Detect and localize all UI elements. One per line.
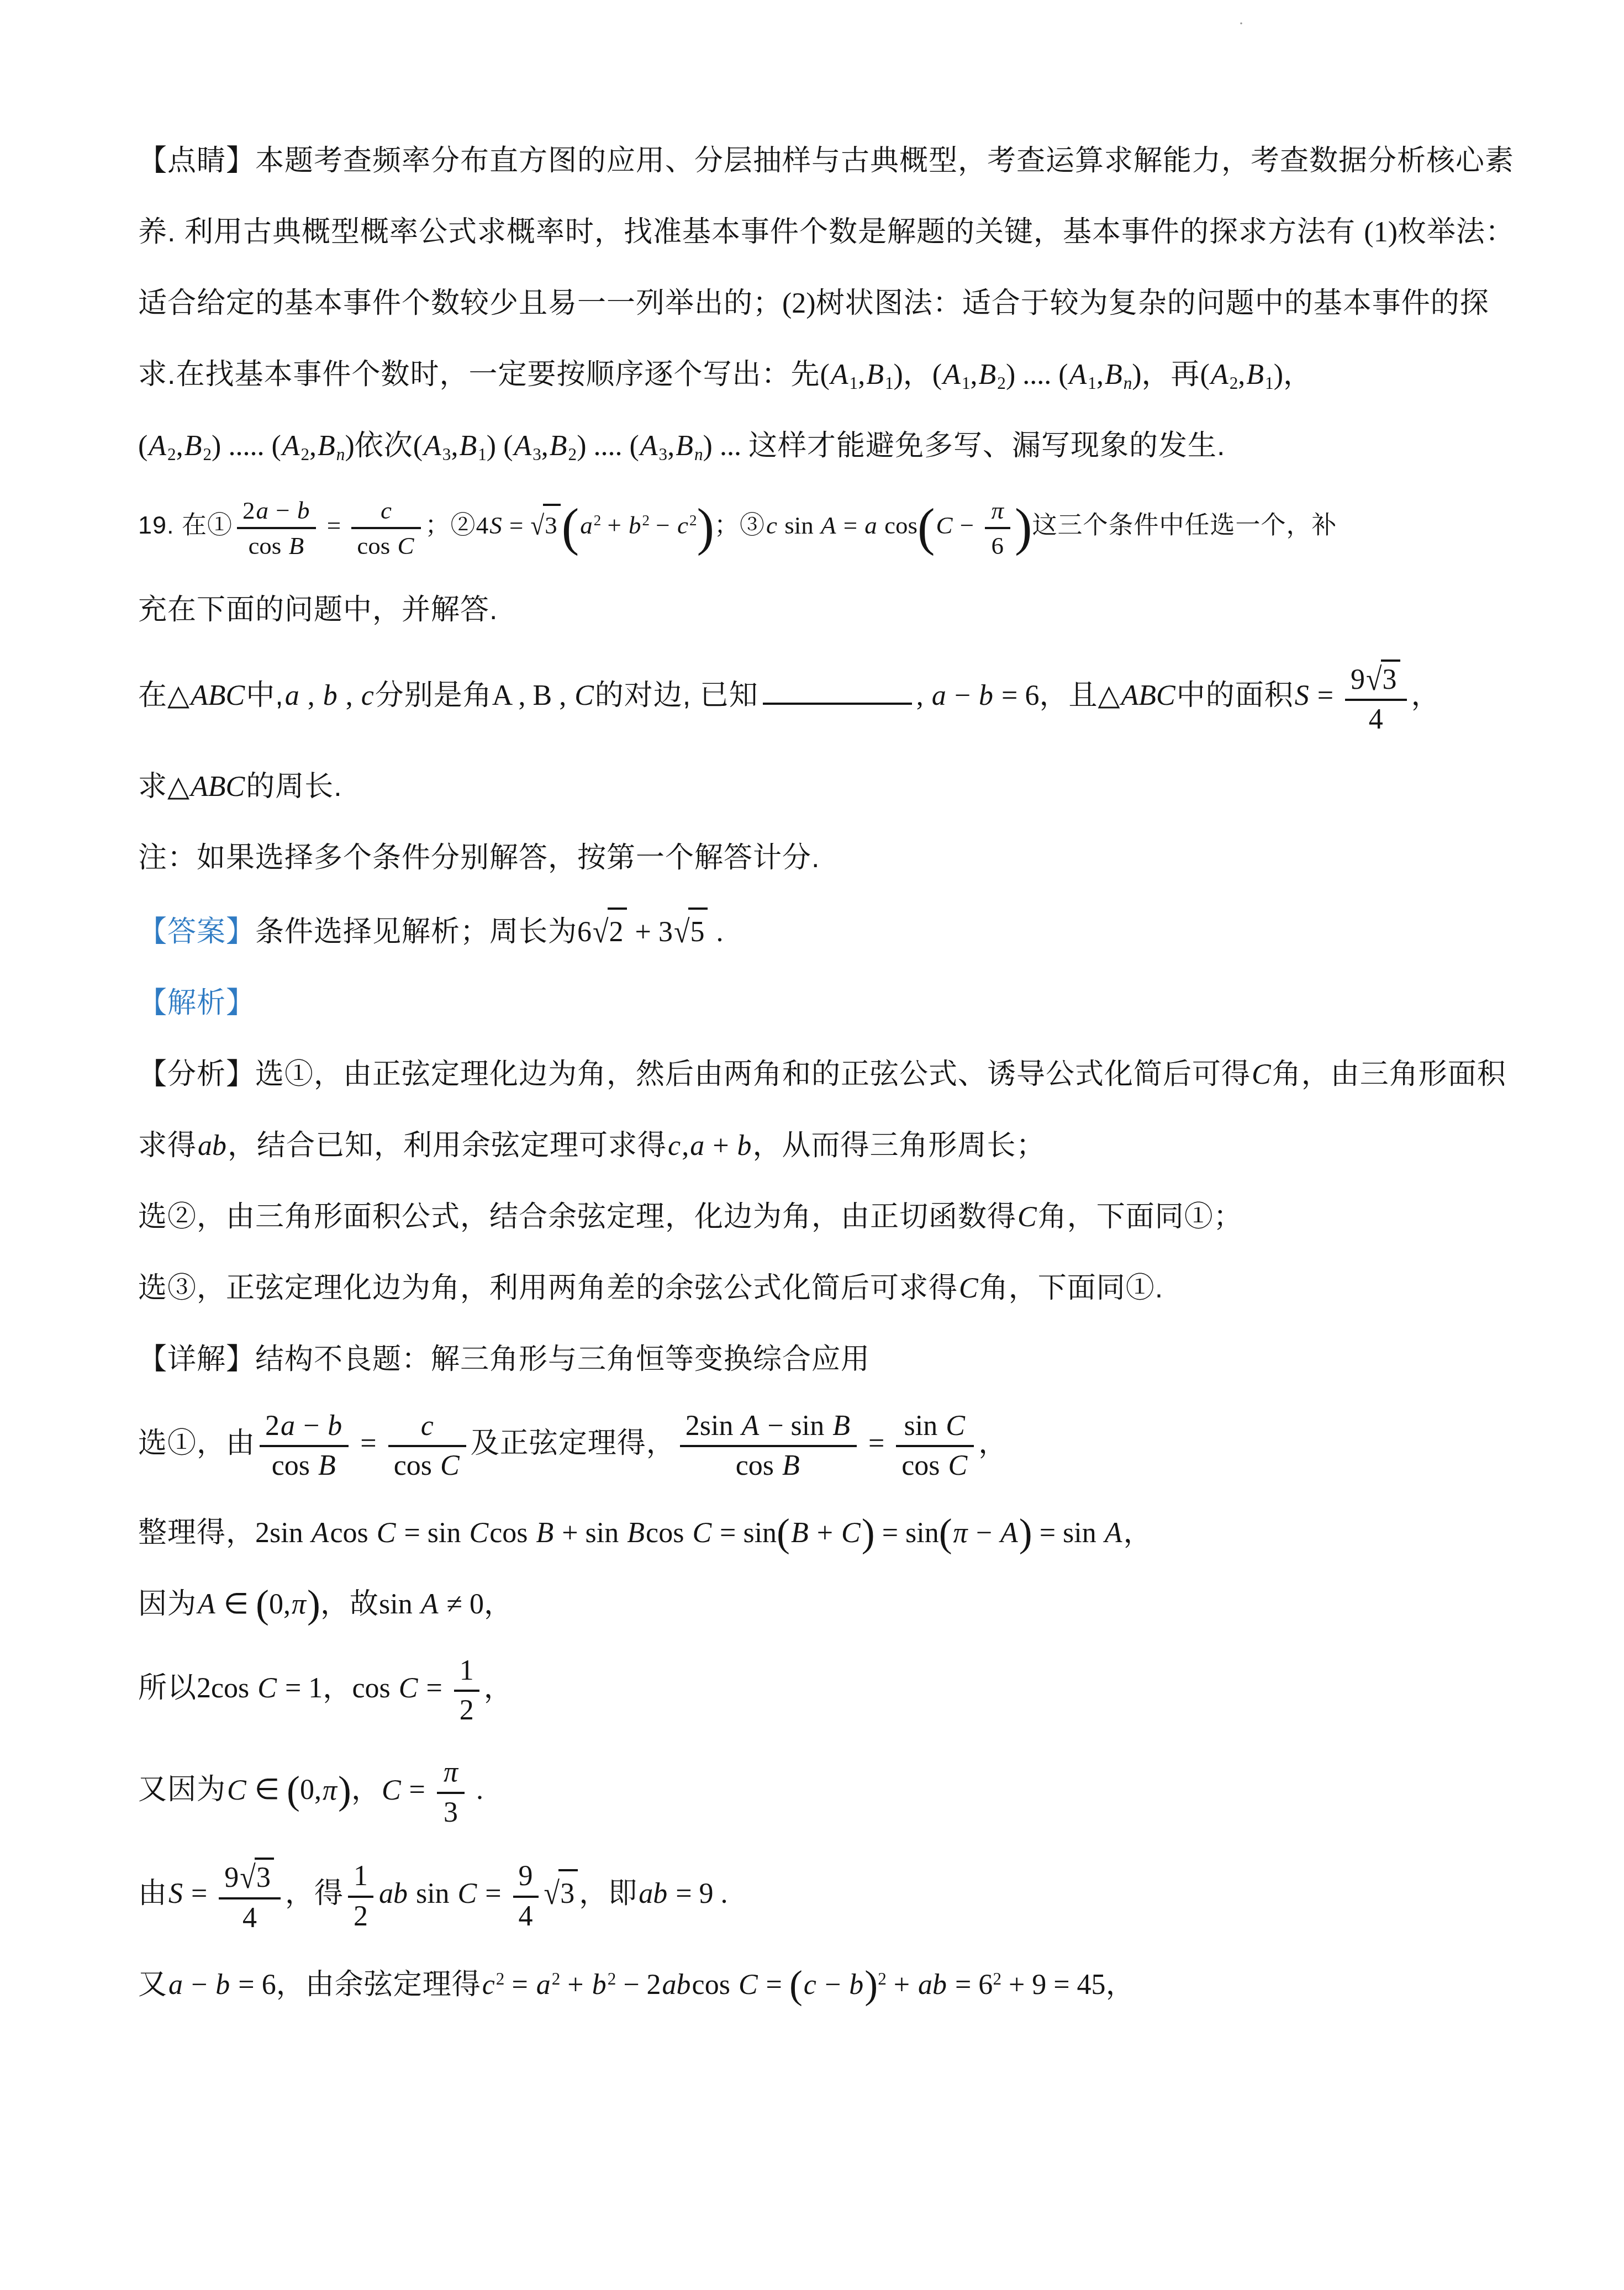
dianjing-line-2: 养. 利用古典概型概率公式求概率时，找准基本事件个数是解题的关键，基本事件的探求… xyxy=(138,210,1505,254)
math-roman: 3 xyxy=(545,511,557,539)
math-roman: cos xyxy=(357,532,396,560)
subscript: 2 xyxy=(1230,373,1238,393)
math-roman: = xyxy=(504,1969,535,2001)
math-roman: , xyxy=(176,430,183,462)
math-roman: + 9 = 45 xyxy=(1001,1969,1106,2001)
math-roman: 3 xyxy=(444,1797,458,1828)
math-roman: . xyxy=(469,1775,483,1806)
dianjing-line-5: (A2,B2) ..... (A2,Bn)依次(A3,B1) (A3,B2) .… xyxy=(138,424,1505,468)
text-run: ， xyxy=(484,1672,513,1704)
text-run: 又 xyxy=(138,1969,167,2001)
text-run: ， xyxy=(978,1427,1008,1459)
text-run: 选①，由 xyxy=(138,1427,255,1459)
radical: √3 xyxy=(240,1858,274,1895)
math-roman: 2 xyxy=(460,1695,474,1726)
superscript: 2 xyxy=(594,512,602,529)
math-variable: B xyxy=(549,430,568,462)
subscript: 3 xyxy=(532,445,541,464)
math-roman: 5 xyxy=(690,916,704,948)
math-roman: sin xyxy=(904,1410,945,1442)
math-variable: B xyxy=(781,1450,801,1481)
fraction: 9√34 xyxy=(1345,659,1407,737)
math-roman: cos xyxy=(248,532,287,560)
math-variable: B xyxy=(790,1517,810,1549)
radical: √3 xyxy=(544,1869,578,1916)
text-run: 枚举法： xyxy=(1398,216,1515,248)
option3-line: 选③，正弦定理化边为角，利用两角差的余弦公式化简后可求得C角，下面同①. xyxy=(138,1267,1505,1310)
math-roman: 2 xyxy=(265,1410,280,1442)
step-simplify: 整理得，2sin Acos C = sin Ccos B + sin Bcos … xyxy=(138,1511,1505,1555)
math-variable: A xyxy=(281,430,301,462)
step-C-value: 又因为C ∈ (0,π)，C = π3 . xyxy=(138,1755,1505,1830)
step-sine-rule: 选①，由2a − bcos B = ccos C及正弦定理得，2sin A − … xyxy=(138,1409,1505,1484)
math-roman: + xyxy=(601,511,628,539)
math-roman: cos xyxy=(330,1517,375,1549)
math-roman: 6 xyxy=(992,532,1004,560)
math-roman: 2sin xyxy=(255,1517,310,1549)
math-variable: C xyxy=(457,1878,478,1909)
math-roman: = 1 xyxy=(278,1672,323,1704)
numerator: π xyxy=(985,495,1011,527)
math-variable: C xyxy=(691,1517,713,1549)
math-variable: b xyxy=(978,680,994,711)
text-run: 中, xyxy=(246,679,283,711)
math-roman: ) xyxy=(577,430,586,462)
math-variable: A xyxy=(820,511,837,539)
jiexi-label: 【解析】 xyxy=(138,982,1505,1025)
math-roman: = sin xyxy=(397,1517,468,1549)
fraction: 9√34 xyxy=(219,1858,281,1935)
step-cosC: 所以2cos C = 1，cos C = 12， xyxy=(138,1654,1505,1728)
math-variable: b xyxy=(322,680,339,711)
math-variable: B xyxy=(535,1517,555,1549)
math-roman: (1) xyxy=(1364,217,1398,248)
math-roman: , xyxy=(1238,359,1245,391)
math-variable: A xyxy=(423,430,442,462)
xiangjie-line: 【详解】结构不良题：解三角形与三角恒等变换综合应用 xyxy=(138,1338,1505,1381)
math-variable: C xyxy=(958,1273,979,1304)
math-variable: a xyxy=(863,511,878,539)
numerator: 2a − b xyxy=(237,495,316,527)
radical-sign: √ xyxy=(1366,661,1382,699)
math-roman: 0, xyxy=(269,1589,291,1620)
math-roman: ( xyxy=(630,430,639,462)
fraction: 12 xyxy=(454,1654,479,1728)
math-roman: ) xyxy=(1006,359,1015,391)
math-roman: , xyxy=(552,680,573,711)
text-run: ， xyxy=(323,1672,352,1704)
subscript: 1 xyxy=(1265,373,1274,393)
math-variable: C xyxy=(573,680,595,711)
math-roman: cos xyxy=(878,511,918,539)
math-roman: + xyxy=(705,1130,736,1162)
math-roman: cos xyxy=(692,1969,737,2001)
math-roman: 4 xyxy=(1369,704,1383,735)
math-variable: c xyxy=(379,497,393,524)
math-variable: b xyxy=(214,1969,231,2001)
fraction: 2a − bcos B xyxy=(260,1409,349,1484)
math-roman: 1 xyxy=(460,1655,474,1686)
subscript: 2 xyxy=(300,445,309,464)
math-variable: a xyxy=(280,1410,296,1442)
math-variable: C xyxy=(439,1450,461,1481)
text-run: 19. 在① xyxy=(138,511,233,539)
subscript: 1 xyxy=(850,373,858,393)
math-roman: △ xyxy=(167,771,189,803)
math-variable: C xyxy=(737,1969,759,2001)
math-roman xyxy=(496,430,503,462)
q19-stem-2: 充在下面的问题中，并解答. xyxy=(138,588,1505,632)
math-variable: c xyxy=(676,511,689,539)
math-roman: ) xyxy=(703,430,713,462)
superscript: 2 xyxy=(689,512,697,529)
text-run: 【分析】选①，由正弦定理化边为角，然后由两角和的正弦公式、诱导公式化简后可得 xyxy=(138,1058,1251,1090)
math-roman: ( xyxy=(271,430,281,462)
math-roman: △ xyxy=(1098,680,1120,711)
mid-paren: ( xyxy=(777,1511,790,1555)
math-roman: , xyxy=(682,1130,689,1162)
math-roman: + xyxy=(887,1969,917,2001)
math-variable: π xyxy=(291,1589,307,1620)
text-run: 整理得， xyxy=(138,1517,255,1549)
mid-paren: ( xyxy=(939,1511,952,1555)
fraction: 12 xyxy=(348,1859,373,1934)
math-variable: B xyxy=(317,430,336,462)
text-run: ， xyxy=(1283,358,1312,391)
text-run: 充在下面的问题中，并解答. xyxy=(138,594,498,626)
math-roman: 0, xyxy=(300,1775,321,1806)
math-roman: 6 xyxy=(577,916,592,948)
radicand: 2 xyxy=(608,907,627,954)
denominator: 2 xyxy=(348,1896,373,1934)
mid-paren: ) xyxy=(338,1768,351,1812)
fraction: 2a − bcos B xyxy=(237,495,316,561)
math-roman: + xyxy=(560,1969,590,2001)
superscript: 2 xyxy=(608,1969,616,1988)
math-roman: cos xyxy=(352,1672,397,1704)
text-run: 角，由三角形面积 xyxy=(1272,1058,1506,1090)
mid-paren: ( xyxy=(789,1962,803,2007)
denominator: cos B xyxy=(260,1445,349,1483)
mid-paren: ) xyxy=(864,1962,878,2007)
denominator: cos C xyxy=(351,527,420,561)
math-roman: (2) xyxy=(782,288,816,319)
radicand: 3 xyxy=(543,504,561,545)
subscript: 2 xyxy=(167,445,176,464)
math-roman: = sin xyxy=(713,1517,777,1549)
radicand: 5 xyxy=(688,907,708,954)
math-variable: C xyxy=(1016,1201,1038,1233)
text-run: 条件选择见解析；周长为 xyxy=(255,916,577,948)
math-roman: , xyxy=(916,680,931,711)
math-roman: = 6 xyxy=(948,1969,993,2001)
math-roman: ∈ xyxy=(247,1775,287,1806)
math-roman: ≠ 0 xyxy=(439,1589,484,1620)
fraction: 2sin A − sin Bcos B xyxy=(680,1409,857,1484)
superscript: 2 xyxy=(552,1969,561,1988)
fraction: 94 xyxy=(513,1859,539,1934)
text-run: 角，下面同①. xyxy=(979,1272,1163,1304)
math-variable: ab xyxy=(917,1969,948,2001)
radicand: 3 xyxy=(255,1858,274,1895)
math-variable: C xyxy=(226,1775,247,1806)
dianjing-line-1: 【点睛】本题考查频率分布直方图的应用、分层抽样与古典概型，考查运算求解能力，考查… xyxy=(138,139,1505,183)
math-roman: = 6 xyxy=(994,680,1039,711)
subscript: 1 xyxy=(885,373,894,393)
text-run: ，故 xyxy=(320,1588,379,1620)
text-run: 的对边, 已知 xyxy=(595,679,758,711)
text-run: ， xyxy=(1106,1969,1135,2001)
math-roman: 4 xyxy=(242,1902,257,1934)
numerator: 2sin A − sin B xyxy=(680,1409,857,1445)
math-roman: sin xyxy=(778,511,820,539)
math-variable: b xyxy=(326,1410,343,1442)
math-roman: sin xyxy=(409,1878,457,1909)
q19-stem: 19. 在①2a − bcos B = ccos C；②4S = √3(a2 +… xyxy=(138,495,1505,561)
math-variable: C xyxy=(398,1672,419,1704)
math-roman: = 9 xyxy=(668,1878,713,1909)
math-roman: sin xyxy=(379,1589,420,1620)
subscript: 3 xyxy=(659,445,668,464)
math-variable: π xyxy=(990,497,1005,524)
text-run: ， xyxy=(484,1588,513,1620)
text-run: ，得 xyxy=(285,1877,344,1909)
math-roman: cos xyxy=(646,1517,691,1549)
denominator: cos B xyxy=(680,1445,857,1483)
denominator: 4 xyxy=(513,1896,539,1934)
text-run: 这样才能避免多写、漏写现象的发生. xyxy=(748,430,1225,462)
subscript: 1 xyxy=(962,373,971,393)
math-variable: C xyxy=(397,532,415,560)
numerator: c xyxy=(388,1409,466,1445)
text-run: 由 xyxy=(138,1877,167,1909)
math-roman: cos xyxy=(901,1450,947,1481)
math-variable: ab xyxy=(661,1969,692,2001)
numerator: 9 xyxy=(513,1859,539,1895)
math-variable: π xyxy=(952,1517,969,1549)
math-roman: − xyxy=(947,680,978,711)
math-variable: π xyxy=(321,1775,338,1806)
math-variable: B xyxy=(674,430,694,462)
text-run: ，由余弦定理得 xyxy=(276,1969,481,2001)
superscript: 2 xyxy=(642,512,650,529)
stray-mark: · xyxy=(1238,14,1244,33)
radical: √2 xyxy=(593,907,627,954)
dianjing-line-4: 求.在找基本事件个数时，一定要按顺序逐个写出：先(A1,B1)，(A1,B2) … xyxy=(138,353,1505,397)
math-variable: C xyxy=(945,1410,966,1442)
math-roman: ) xyxy=(894,359,903,391)
math-variable: a xyxy=(579,511,594,539)
text-run: ， xyxy=(351,1774,381,1806)
math-roman: ) xyxy=(345,430,354,462)
math-roman: ( xyxy=(1058,359,1068,391)
math-roman: 2 xyxy=(609,916,624,948)
math-roman: − xyxy=(818,1969,848,2001)
text-run: 【点睛】本题考查频率分布直方图的应用、分层抽样与古典概型，考查运算求解能力，考查… xyxy=(138,145,1514,177)
document-body: 【点睛】本题考查频率分布直方图的应用、分层抽样与古典概型，考查运算求解能力，考查… xyxy=(138,139,1505,2007)
math-roman: = xyxy=(478,1878,508,1909)
option2-line: 选②，由三角形面积公式，结合余弦定理，化边为角，由正切函数得C角，下面同①； xyxy=(138,1195,1505,1239)
math-roman: . xyxy=(714,1878,728,1909)
math-roman: , xyxy=(511,680,532,711)
math-roman: 9 xyxy=(224,1862,239,1893)
text-run: ；③ xyxy=(714,511,765,539)
math-roman: , xyxy=(309,430,317,462)
math-roman: = 6 xyxy=(231,1969,276,2001)
math-roman: = xyxy=(1310,680,1341,711)
mid-paren: ( xyxy=(287,1768,300,1812)
answer-line: 【答案】条件选择见解析；周长为6√2 + 3√5 . xyxy=(138,907,1505,954)
radical-sign: √ xyxy=(240,1859,256,1897)
math-roman: ) xyxy=(212,430,221,462)
text-run: 角，下面同①； xyxy=(1038,1201,1243,1233)
subscript: 1 xyxy=(1088,373,1096,393)
text-run: 又因为 xyxy=(138,1774,226,1806)
math-variable: a xyxy=(167,1969,184,2001)
math-variable: ab xyxy=(637,1878,668,1909)
math-variable: A xyxy=(513,430,532,462)
math-roman: ) xyxy=(1274,359,1283,391)
radical-sign: √ xyxy=(531,505,545,547)
math-roman: = xyxy=(353,1428,383,1459)
superscript: 2 xyxy=(496,1969,505,1988)
math-roman: ∈ xyxy=(217,1589,256,1620)
numerator: 9√3 xyxy=(219,1858,281,1897)
math-variable: A xyxy=(942,359,962,391)
math-roman: = xyxy=(402,1775,433,1806)
math-roman: A xyxy=(492,680,512,711)
math-variable: A xyxy=(197,1589,217,1620)
math-roman: 4 xyxy=(519,1901,533,1932)
math-roman: 9 xyxy=(519,1860,533,1892)
document-page: · 【点睛】本题考查频率分布直方图的应用、分层抽样与古典概型，考查运算求解能力，… xyxy=(0,0,1624,2290)
math-roman: ( xyxy=(503,430,513,462)
math-variable: C xyxy=(256,1672,278,1704)
fraction: ccos C xyxy=(388,1409,466,1484)
math-roman: cos xyxy=(489,1517,535,1549)
math-roman: ) xyxy=(1132,359,1141,391)
text-run: ，从而得三角形周长； xyxy=(752,1130,1045,1162)
numerator: 1 xyxy=(348,1859,373,1895)
math-variable: B xyxy=(978,359,998,391)
step-cosine-rule: 又a − b = 6，由余弦定理得c2 = a2 + b2 − 2abcos C… xyxy=(138,1963,1505,2007)
math-variable: B xyxy=(317,1450,337,1481)
mid-paren: ( xyxy=(256,1582,269,1626)
math-roman: − 2 xyxy=(616,1969,661,2001)
math-roman: − xyxy=(184,1969,214,2001)
math-variable: S xyxy=(488,511,503,539)
math-roman: B xyxy=(532,680,552,711)
mid-paren: ) xyxy=(1019,1511,1032,1555)
math-roman: , xyxy=(1096,359,1104,391)
text-run: 这三个条件中任选一个，补 xyxy=(1032,511,1337,539)
math-variable: a xyxy=(931,680,947,711)
subscript: 2 xyxy=(997,373,1006,393)
subscript: n xyxy=(694,445,703,464)
math-roman: − xyxy=(954,511,980,539)
text-run: 求得 xyxy=(138,1130,197,1162)
text-run: 【详解】结构不良题：解三角形与三角恒等变换综合应用 xyxy=(138,1343,870,1375)
math-roman: + sin xyxy=(555,1517,626,1549)
denominator: cos C xyxy=(896,1445,974,1483)
text-run: ；② xyxy=(425,511,476,539)
math-variable: c xyxy=(360,680,375,711)
mid-paren: ) xyxy=(862,1511,875,1555)
math-variable: a xyxy=(255,497,270,524)
math-roman: ) xyxy=(487,430,496,462)
math-variable: C xyxy=(935,511,954,539)
math-roman: − xyxy=(650,511,676,539)
math-roman: , xyxy=(339,680,360,711)
math-variable: π xyxy=(442,1756,459,1788)
math-roman: = xyxy=(837,511,863,539)
math-variable: A xyxy=(740,1410,760,1442)
math-variable: A xyxy=(1068,359,1088,391)
math-variable: a xyxy=(535,1969,552,2001)
subscript: 2 xyxy=(203,445,212,464)
q19-ask: 求△ABC的周长. xyxy=(138,765,1505,809)
numerator: c xyxy=(351,495,420,527)
math-variable: c xyxy=(667,1130,682,1162)
math-roman: − xyxy=(270,497,296,524)
math-roman: 3 xyxy=(256,1862,271,1893)
math-roman: cos xyxy=(394,1450,439,1481)
fenxi-line-2: 求得ab，结合已知，利用余弦定理可求得c,a + b，从而得三角形周长； xyxy=(138,1124,1505,1168)
math-variable: C xyxy=(381,1775,402,1806)
math-variable: ab xyxy=(378,1878,409,1909)
text-run: 在 xyxy=(138,679,167,711)
math-variable: A xyxy=(147,430,167,462)
math-variable: ab xyxy=(197,1130,228,1162)
math-variable: ABC xyxy=(1120,680,1176,711)
math-variable: S xyxy=(1294,680,1310,711)
denominator: 4 xyxy=(1345,699,1407,737)
math-roman: 3 xyxy=(1383,664,1397,695)
math-roman: 3 xyxy=(560,1878,574,1909)
subscript: n xyxy=(336,445,345,464)
section-label: 【解析】 xyxy=(138,987,255,1019)
radical: √3 xyxy=(1366,659,1400,697)
math-roman: ..... xyxy=(221,430,271,462)
math-variable: b xyxy=(591,1969,608,2001)
math-variable: ABC xyxy=(189,771,246,803)
math-roman: ( xyxy=(138,430,147,462)
dianjing-line-3: 适合给定的基本事件个数较少且易一一列举出的；(2)树状图法：适合于较为复杂的问题… xyxy=(138,282,1505,325)
math-roman: = xyxy=(419,1672,449,1704)
subscript: n xyxy=(1124,373,1132,393)
math-roman: + xyxy=(810,1517,840,1549)
math-variable: b xyxy=(628,511,642,539)
text-run: 的周长. xyxy=(246,771,342,803)
text-run: 因为 xyxy=(138,1588,197,1620)
math-variable: c xyxy=(481,1969,496,2001)
subscript: 2 xyxy=(568,445,577,464)
radical-sign: √ xyxy=(544,1870,560,1918)
text-run: 树状图法：适合于较为复杂的问题中的基本事件的探 xyxy=(816,287,1489,319)
subscript: 3 xyxy=(442,445,451,464)
math-roman: cos xyxy=(736,1450,781,1481)
fraction: ccos C xyxy=(351,495,420,561)
numerator: sin C xyxy=(896,1409,974,1445)
numerator: π xyxy=(437,1755,465,1791)
big-paren: ) xyxy=(1015,499,1032,556)
math-roman: − sin xyxy=(760,1410,831,1442)
math-roman: 2 xyxy=(242,497,255,524)
math-variable: a xyxy=(689,1130,705,1162)
math-roman: .... xyxy=(587,430,630,462)
math-variable: b xyxy=(736,1130,752,1162)
math-roman: ( xyxy=(413,430,423,462)
